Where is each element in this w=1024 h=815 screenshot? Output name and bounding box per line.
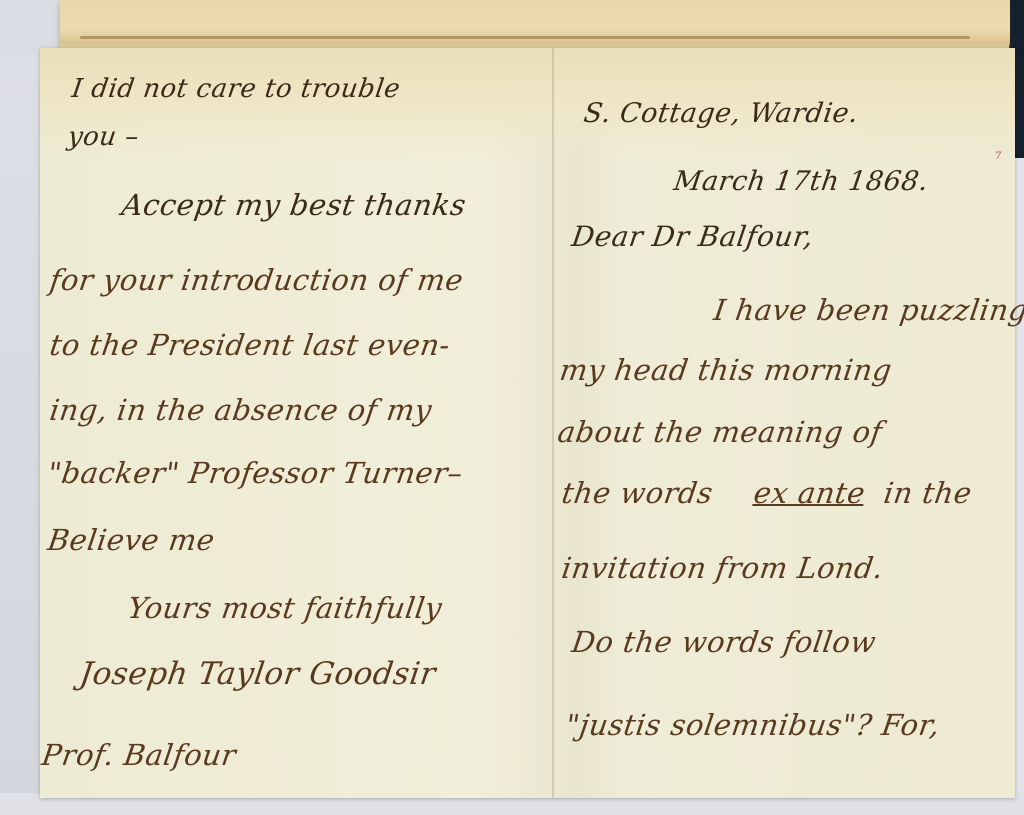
letter-sheet: 7 I did not care to trouble you – Accept… <box>40 48 1015 798</box>
letter-line: Do the words follow <box>570 625 879 659</box>
letter-date: March 17th 1868. <box>672 166 931 197</box>
letter-line: I have been puzzling <box>712 293 1024 327</box>
letter-line: I did not care to trouble <box>70 74 402 104</box>
letter-line: you – <box>66 122 141 152</box>
letter-line: "justis solemnibus"? For, <box>564 708 943 742</box>
letter-underlined-phrase: ex ante <box>752 476 868 510</box>
letter-line: "backer" Professor Turner– <box>46 456 465 490</box>
letter-recipient: Prof. Balfour <box>40 738 239 772</box>
letter-line: ing, in the absence of my <box>48 393 435 427</box>
letter-line: for your introduction of me <box>48 263 466 297</box>
letter-line: about the meaning of <box>556 415 885 449</box>
letter-salutation: Dear Dr Balfour, <box>570 220 816 253</box>
left-page: I did not care to trouble you – Accept m… <box>40 48 552 798</box>
letter-line: Believe me <box>46 523 217 557</box>
letter-signature: Joseph Taylor Goodsir <box>77 656 438 692</box>
letter-line: to the President last even- <box>48 328 453 362</box>
letter-closing: Yours most faithfully <box>126 591 445 625</box>
letter-line: invitation from Lond. <box>560 551 886 585</box>
letter-address: S. Cottage, Wardie. <box>582 98 861 129</box>
letter-line: the words <box>560 476 716 510</box>
letter-line: Accept my best thanks <box>120 188 469 222</box>
right-page: S. Cottage, Wardie. March 17th 1868. Dea… <box>554 48 1014 798</box>
backdrop-left <box>0 55 44 815</box>
letter-line: my head this morning <box>558 353 895 387</box>
letter-line: in the <box>882 476 974 510</box>
